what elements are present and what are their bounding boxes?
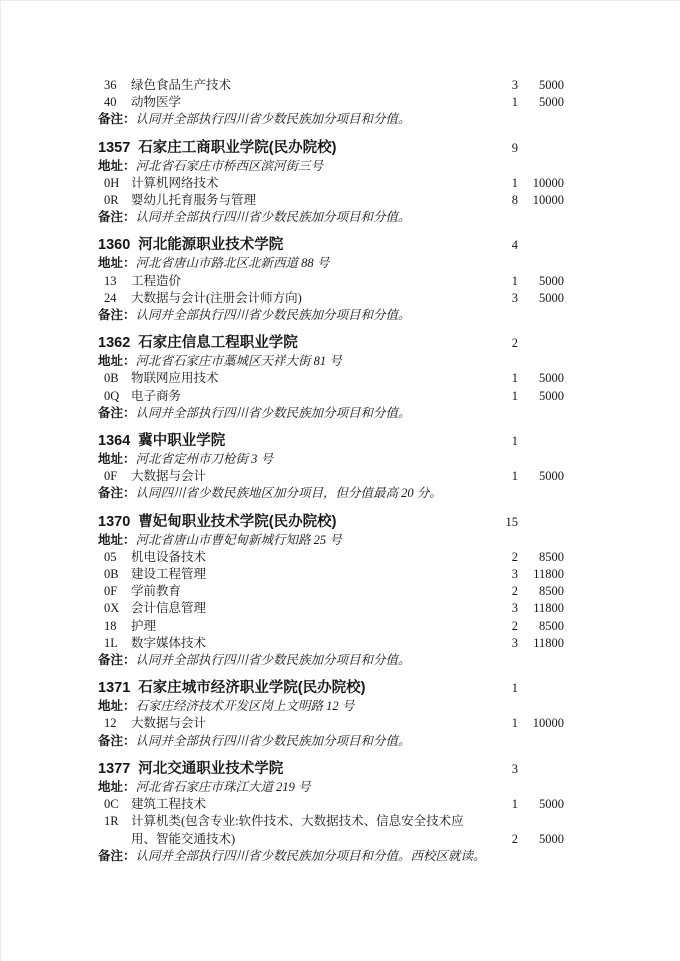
address-label: 地址： <box>98 256 136 270</box>
major-row: 40 动物医学 1 5000 <box>98 94 564 111</box>
address-text: 河北省石家庄市珠江大道 219 号 <box>136 780 311 794</box>
major-code: 18 <box>98 618 131 635</box>
college-header: 1371石家庄城市经济职业学院(民办院校) 1 <box>98 679 564 698</box>
major-quota: 3 <box>488 290 518 307</box>
major-quota: 1 <box>488 796 518 813</box>
majors-list: 13 工程造价 1 5000 24 大数据与会计(注册会计师方向) 3 5000 <box>98 273 564 307</box>
college-code: 1370 <box>98 514 130 530</box>
majors-list: 0C 建筑工程技术 1 5000 1R 计算机类(包含专业:软件技术、大数据技术… <box>98 796 564 848</box>
college-header: 1377河北交通职业技术学院 3 <box>98 760 564 779</box>
majors-list: 12 大数据与会计 1 10000 <box>98 715 564 732</box>
note-row: 备注：认同并全部执行四川省少数民族加分项目和分值。 <box>98 209 564 226</box>
major-code: 0Q <box>98 388 131 405</box>
major-row: 0F 大数据与会计 1 5000 <box>98 468 564 485</box>
college-name: 石家庄信息工程职业学院 <box>138 335 298 351</box>
document-content: 36 绿色食品生产技术 3 5000 40 动物医学 1 5000 备注：认同并… <box>98 77 564 865</box>
note-text: 认同并全部执行四川省少数民族加分项目和分值。西校区就读。 <box>136 849 486 863</box>
address-row: 地址：河北省石家庄市藁城区天祥大街 81 号 <box>98 353 564 370</box>
major-fee: 5000 <box>518 77 564 94</box>
college-code: 1357 <box>98 140 130 156</box>
college-header: 1357石家庄工商职业学院(民办院校) 9 <box>98 139 564 158</box>
college-header: 1362石家庄信息工程职业学院 2 <box>98 334 564 353</box>
major-code: 05 <box>98 549 131 566</box>
college-header: 1364冀中职业学院 1 <box>98 432 564 451</box>
major-fee: 8500 <box>518 583 564 600</box>
major-fee: 5000 <box>518 370 564 387</box>
major-row: 05 机电设备技术 2 8500 <box>98 549 564 566</box>
major-quota: 2 <box>488 831 518 848</box>
major-name: 物联网应用技术 <box>131 370 488 387</box>
major-fee: 8500 <box>518 618 564 635</box>
major-name: 大数据与会计(注册会计师方向) <box>131 290 488 307</box>
major-code: 13 <box>98 273 131 290</box>
major-name: 电子商务 <box>131 388 488 405</box>
major-fee: 8500 <box>518 549 564 566</box>
college-code: 1364 <box>98 433 130 449</box>
major-fee: 5000 <box>518 94 564 111</box>
major-quota: 1 <box>488 388 518 405</box>
note-text: 认同四川省少数民族地区加分项目，但分值最高 20 分。 <box>136 486 442 500</box>
note-text: 认同并全部执行四川省少数民族加分项目和分值。 <box>136 112 411 126</box>
major-quota: 3 <box>488 635 518 652</box>
major-fee: 5000 <box>518 796 564 813</box>
address-row: 地址：河北省定州市刀枪街 3 号 <box>98 451 564 468</box>
major-quota: 1 <box>488 94 518 111</box>
note-row: 备注：认同四川省少数民族地区加分项目，但分值最高 20 分。 <box>98 485 564 502</box>
major-code: 0R <box>98 192 131 209</box>
majors-list: 0F 大数据与会计 1 5000 <box>98 468 564 485</box>
major-row: 13 工程造价 1 5000 <box>98 273 564 290</box>
major-name: 学前教育 <box>131 583 488 600</box>
majors-list: 0B 物联网应用技术 1 5000 0Q 电子商务 1 5000 <box>98 370 564 404</box>
note-row: 备注：认同并全部执行四川省少数民族加分项目和分值。 <box>98 405 564 422</box>
college-section: 1357石家庄工商职业学院(民办院校) 9 地址：河北省石家庄市桥西区滨河街三号… <box>98 139 564 227</box>
major-fee: 11800 <box>518 566 564 583</box>
note-label: 备注： <box>98 308 136 322</box>
note-row: 备注：认同并全部执行四川省少数民族加分项目和分值。西校区就读。 <box>98 848 564 865</box>
address-label: 地址： <box>98 452 136 466</box>
major-quota: 2 <box>488 549 518 566</box>
note-label: 备注： <box>98 734 136 748</box>
address-label: 地址： <box>98 354 136 368</box>
major-name: 建筑工程技术 <box>131 796 488 813</box>
major-row: 1R 计算机类(包含专业:软件技术、大数据技术、信息安全技术应用、智能交通技术)… <box>98 813 564 847</box>
note-label: 备注： <box>98 406 136 420</box>
major-fee: 5000 <box>518 388 564 405</box>
address-text: 河北省石家庄市藁城区天祥大街 81 号 <box>136 354 342 368</box>
address-text: 河北省定州市刀枪街 3 号 <box>136 452 274 466</box>
address-text: 河北省唐山市曹妃甸新城行知路 25 号 <box>136 533 342 547</box>
college-total: 3 <box>488 760 518 779</box>
college-section: 1370曹妃甸职业技术学院(民办院校) 15 地址：河北省唐山市曹妃甸新城行知路… <box>98 513 564 670</box>
major-row: 0F 学前教育 2 8500 <box>98 583 564 600</box>
college-name: 河北能源职业技术学院 <box>138 237 283 253</box>
major-name: 大数据与会计 <box>131 468 488 485</box>
address-row: 地址：河北省石家庄市桥西区滨河街三号 <box>98 158 564 175</box>
note-row: 备注：认同并全部执行四川省少数民族加分项目和分值。 <box>98 307 564 324</box>
address-text: 河北省石家庄市桥西区滨河街三号 <box>136 159 324 173</box>
college-header: 1370曹妃甸职业技术学院(民办院校) 15 <box>98 513 564 532</box>
address-label: 地址： <box>98 533 136 547</box>
college-total: 9 <box>488 139 518 158</box>
majors-list: 36 绿色食品生产技术 3 5000 40 动物医学 1 5000 <box>98 77 564 111</box>
major-quota: 1 <box>488 468 518 485</box>
major-row: 0H 计算机网络技术 1 10000 <box>98 175 564 192</box>
major-fee: 10000 <box>518 192 564 209</box>
major-fee: 5000 <box>518 831 564 848</box>
major-quota: 3 <box>488 566 518 583</box>
address-label: 地址： <box>98 159 136 173</box>
major-row: 0X 会计信息管理 3 11800 <box>98 600 564 617</box>
college-total: 1 <box>488 432 518 451</box>
college-total: 1 <box>488 679 518 698</box>
major-code: 40 <box>98 94 131 111</box>
majors-list: 05 机电设备技术 2 8500 0B 建设工程管理 3 11800 0F 学前… <box>98 549 564 652</box>
major-row: 24 大数据与会计(注册会计师方向) 3 5000 <box>98 290 564 307</box>
address-text: 河北省唐山市路北区北新西道 88 号 <box>136 256 330 270</box>
major-row: 0R 婴幼儿托育服务与管理 8 10000 <box>98 192 564 209</box>
major-name: 建设工程管理 <box>131 566 488 583</box>
note-label: 备注： <box>98 112 136 126</box>
major-row: 0C 建筑工程技术 1 5000 <box>98 796 564 813</box>
major-code: 36 <box>98 77 131 94</box>
major-fee: 5000 <box>518 290 564 307</box>
address-row: 地址：石家庄经济技术开发区岗上文明路 12 号 <box>98 698 564 715</box>
note-row: 备注：认同并全部执行四川省少数民族加分项目和分值。 <box>98 111 564 128</box>
major-code: 12 <box>98 715 131 732</box>
note-row: 备注：认同并全部执行四川省少数民族加分项目和分值。 <box>98 733 564 750</box>
college-header: 1360河北能源职业技术学院 4 <box>98 236 564 255</box>
major-quota: 3 <box>488 600 518 617</box>
major-code: 0F <box>98 468 131 485</box>
college-total: 15 <box>488 513 518 532</box>
address-label: 地址： <box>98 780 136 794</box>
major-row: 0B 物联网应用技术 1 5000 <box>98 370 564 387</box>
major-row: 0B 建设工程管理 3 11800 <box>98 566 564 583</box>
major-code: 1L <box>98 635 131 652</box>
major-quota: 1 <box>488 273 518 290</box>
college-name: 石家庄工商职业学院(民办院校) <box>138 140 336 156</box>
college-total: 4 <box>488 236 518 255</box>
major-quota: 1 <box>488 715 518 732</box>
note-label: 备注： <box>98 653 136 667</box>
major-quota: 2 <box>488 618 518 635</box>
major-code: 0X <box>98 600 131 617</box>
document-page: 36 绿色食品生产技术 3 5000 40 动物医学 1 5000 备注：认同并… <box>0 0 680 961</box>
college-code: 1371 <box>98 680 130 696</box>
major-row: 0Q 电子商务 1 5000 <box>98 388 564 405</box>
major-fee: 11800 <box>518 600 564 617</box>
address-row: 地址：河北省石家庄市珠江大道 219 号 <box>98 779 564 796</box>
note-label: 备注： <box>98 849 136 863</box>
note-label: 备注： <box>98 210 136 224</box>
major-code: 0B <box>98 566 131 583</box>
address-text: 石家庄经济技术开发区岗上文明路 12 号 <box>136 699 355 713</box>
college-code: 1360 <box>98 237 130 253</box>
major-name: 数字媒体技术 <box>131 635 488 652</box>
major-name: 大数据与会计 <box>131 715 488 732</box>
major-quota: 3 <box>488 77 518 94</box>
major-row: 1L 数字媒体技术 3 11800 <box>98 635 564 652</box>
college-total: 2 <box>488 334 518 353</box>
college-name: 曹妃甸职业技术学院(民办院校) <box>138 514 336 530</box>
note-text: 认同并全部执行四川省少数民族加分项目和分值。 <box>136 734 411 748</box>
major-code: 0B <box>98 370 131 387</box>
major-quota: 1 <box>488 175 518 192</box>
note-label: 备注： <box>98 486 136 500</box>
major-quota: 2 <box>488 583 518 600</box>
note-text: 认同并全部执行四川省少数民族加分项目和分值。 <box>136 308 411 322</box>
note-text: 认同并全部执行四川省少数民族加分项目和分值。 <box>136 210 411 224</box>
major-name: 动物医学 <box>131 94 488 111</box>
major-code: 1R <box>98 813 131 830</box>
major-row: 12 大数据与会计 1 10000 <box>98 715 564 732</box>
major-row: 36 绿色食品生产技术 3 5000 <box>98 77 564 94</box>
major-fee: 10000 <box>518 175 564 192</box>
address-row: 地址：河北省唐山市路北区北新西道 88 号 <box>98 255 564 272</box>
address-row: 地址：河北省唐山市曹妃甸新城行知路 25 号 <box>98 532 564 549</box>
major-quota: 8 <box>488 192 518 209</box>
college-section: 36 绿色食品生产技术 3 5000 40 动物医学 1 5000 备注：认同并… <box>98 77 564 129</box>
address-label: 地址： <box>98 699 136 713</box>
major-name: 会计信息管理 <box>131 600 488 617</box>
college-code: 1362 <box>98 335 130 351</box>
college-name: 冀中职业学院 <box>138 433 225 449</box>
major-row: 18 护理 2 8500 <box>98 618 564 635</box>
major-name: 婴幼儿托育服务与管理 <box>131 192 488 209</box>
major-code: 0F <box>98 583 131 600</box>
major-fee: 5000 <box>518 273 564 290</box>
major-code: 0H <box>98 175 131 192</box>
college-section: 1360河北能源职业技术学院 4 地址：河北省唐山市路北区北新西道 88 号 1… <box>98 236 564 324</box>
note-text: 认同并全部执行四川省少数民族加分项目和分值。 <box>136 653 411 667</box>
major-name: 绿色食品生产技术 <box>131 77 488 94</box>
college-section: 1364冀中职业学院 1 地址：河北省定州市刀枪街 3 号 0F 大数据与会计 … <box>98 432 564 503</box>
major-name: 计算机类(包含专业:软件技术、大数据技术、信息安全技术应用、智能交通技术) <box>131 813 488 847</box>
major-fee: 10000 <box>518 715 564 732</box>
major-name: 计算机网络技术 <box>131 175 488 192</box>
major-code: 24 <box>98 290 131 307</box>
major-fee: 5000 <box>518 468 564 485</box>
college-name: 石家庄城市经济职业学院(民办院校) <box>138 680 365 696</box>
college-name: 河北交通职业技术学院 <box>138 761 283 777</box>
major-name: 机电设备技术 <box>131 549 488 566</box>
major-fee: 11800 <box>518 635 564 652</box>
note-text: 认同并全部执行四川省少数民族加分项目和分值。 <box>136 406 411 420</box>
majors-list: 0H 计算机网络技术 1 10000 0R 婴幼儿托育服务与管理 8 10000 <box>98 175 564 209</box>
college-code: 1377 <box>98 761 130 777</box>
major-name: 工程造价 <box>131 273 488 290</box>
major-quota: 1 <box>488 370 518 387</box>
major-name: 护理 <box>131 618 488 635</box>
college-section: 1371石家庄城市经济职业学院(民办院校) 1 地址：石家庄经济技术开发区岗上文… <box>98 679 564 750</box>
note-row: 备注：认同并全部执行四川省少数民族加分项目和分值。 <box>98 652 564 669</box>
major-code: 0C <box>98 796 131 813</box>
college-section: 1377河北交通职业技术学院 3 地址：河北省石家庄市珠江大道 219 号 0C… <box>98 760 564 865</box>
college-section: 1362石家庄信息工程职业学院 2 地址：河北省石家庄市藁城区天祥大街 81 号… <box>98 334 564 422</box>
